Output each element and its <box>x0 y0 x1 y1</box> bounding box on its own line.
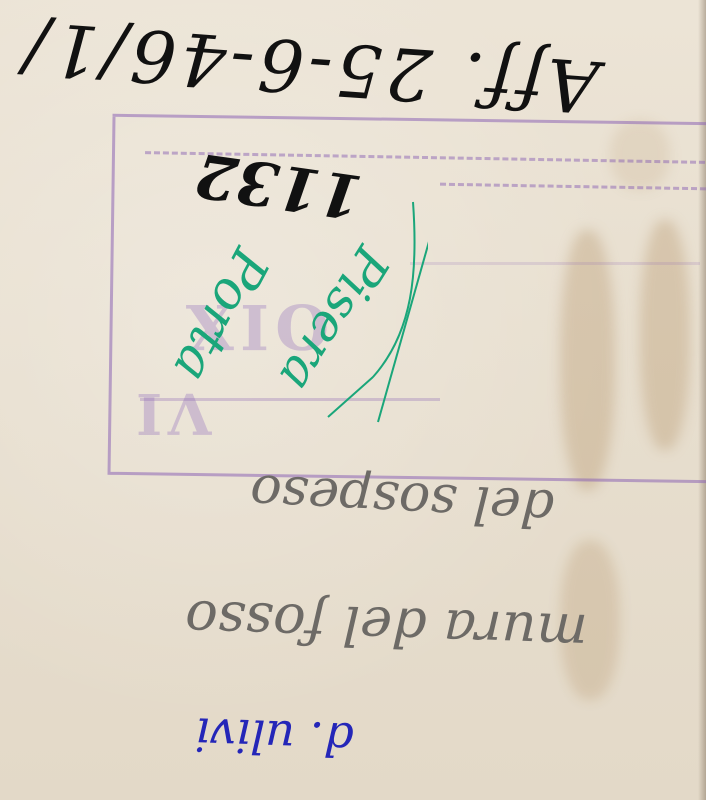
checkmark-icon <box>318 192 428 427</box>
pencil-note-line2: mura del fosso <box>184 588 589 665</box>
stamp-text-bottom: VI <box>130 380 212 446</box>
blue-note: d. ulivi <box>194 707 354 766</box>
stamp-line <box>410 262 700 265</box>
photo-back: OIX VI Aff. 25-6-46/1/ 1132 Porta Pisera… <box>0 0 706 800</box>
header-date-annotation: Aff. 25-6-46/1/ <box>18 5 602 129</box>
